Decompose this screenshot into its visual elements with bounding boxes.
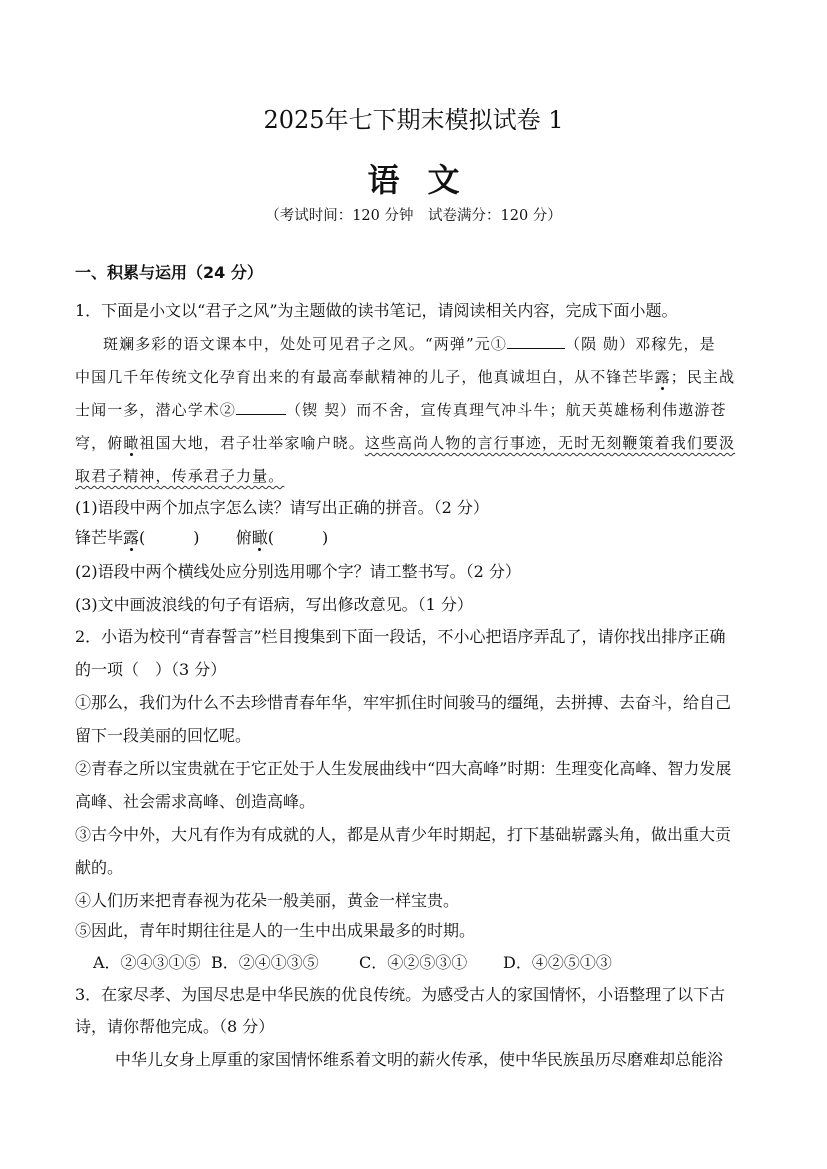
q2-sentence-1a: ①那么，我们为什么不去珍惜青春年华，牢牢抓住时间骏马的缰绳，去拼搏、去奋斗，给自… (75, 692, 731, 714)
q2-sentence-3a: ③古今中外，大凡有作为有成就的人，都是从青少年时期起，打下基础崭露头角，做出重大… (75, 824, 731, 846)
q2-sentence-2a: ②青春之所以宝贵就在于它正处于人生发展曲线中“四大高峰”时期：生理变化高峰、智力… (75, 758, 731, 780)
passage-text: 祖国大地，君子壮举家喻户晓。 (139, 434, 364, 452)
q3-stem-2: 诗，请你帮他完成。（8 分） (75, 1016, 274, 1038)
exam-title: 2025年七下期末模拟试卷 1 (0, 105, 827, 135)
pinyin-answer-blank[interactable]: ( ) (139, 528, 200, 547)
q2-sentence-1b: 留下一段美丽的回忆呢。 (75, 725, 251, 747)
fill-blank-1[interactable] (507, 333, 565, 349)
word-text: 俯 (236, 528, 252, 547)
word-text: 锋芒毕 (75, 528, 123, 547)
exam-meta: （考试时间：120 分钟 试卷满分：120 分） (0, 205, 827, 227)
q2-stem-2: 的一项（ ）（3 分） (75, 659, 226, 681)
passage-text: 穹，俯 (75, 434, 123, 452)
dotted-char: 露 (123, 528, 139, 547)
q1-sub1: (1)语段中两个加点字怎么读？请写出正确的拼音。（2 分） (75, 497, 489, 519)
option-c[interactable]: C．④②⑤③① (359, 952, 503, 974)
passage-text: （陨 勋）邓稼先，是 (565, 335, 716, 353)
q1-sub2: (2)语段中两个横线处应分别选用哪个字？请工整书写。（2 分） (75, 561, 521, 583)
passage-text: 中国几千年传统文化孕育出来的有最高奉献精神的儿子，他真诚坦白，从不锋芒毕 (75, 368, 655, 386)
option-b[interactable]: B．②④①③⑤ (211, 952, 359, 974)
wavy-underlined-sentence: 这些高尚人物的言行事迹，无时无刻鞭策着我们要汲 (365, 434, 735, 452)
q2-sentence-5: ⑤因此，青年时期往往是人的一生中出成果最多的时期。 (75, 920, 475, 942)
option-d[interactable]: D．④②⑤①③ (503, 952, 612, 974)
wavy-underlined-sentence: 取君子精神，传承君子力量。 (75, 467, 284, 485)
q1-passage-line-2: 中国几千年传统文化孕育出来的有最高奉献精神的儿子，他真诚坦白，从不锋芒毕露；民主… (75, 366, 735, 388)
q1-sub1-answer-row: 锋芒毕露( ) 俯瞰( ) (75, 527, 328, 549)
passage-text: 斑斓多彩的语文课本中，处处可见君子之风。“两弹”元① (103, 335, 507, 353)
q1-passage-line-5: 取君子精神，传承君子力量。 (75, 465, 284, 487)
q2-sentence-4: ④人们历来把青春视为花朵一般美丽，黄金一样宝贵。 (75, 890, 459, 912)
q2-sentence-3b: 献的。 (75, 857, 123, 879)
option-a[interactable]: A．②④③①⑤ (93, 952, 211, 974)
passage-text: （锲 契）而不舍，宣传真理气冲斗牛；航天英雄杨利伟遨游苍 (286, 401, 727, 419)
passage-text: 士闻一多，潜心学术② (75, 401, 236, 419)
subject-title: 语文 (0, 160, 827, 200)
passage-text: ；民主战 (671, 368, 735, 386)
dotted-char: 露 (655, 368, 671, 386)
q1-passage-line-4: 穹，俯瞰祖国大地，君子壮举家喻户晓。这些高尚人物的言行事迹，无时无刻鞭策着我们要… (75, 432, 735, 454)
section-heading-1: 一、积累与运用（24 分） (75, 262, 263, 284)
q2-options: A．②④③①⑤B．②④①③⑤C．④②⑤③①D．④②⑤①③ (93, 952, 612, 974)
q3-stem-1: 3．在家尽孝、为国尽忠是中华民族的优良传统。为感受古人的家国情怀，小语整理了以下… (75, 984, 725, 1006)
q1-sub3: (3)文中画波浪线的句子有语病，写出修改意见。（1 分） (75, 594, 473, 616)
dotted-char: 瞰 (123, 434, 139, 452)
pinyin-answer-blank[interactable]: ( ) (268, 528, 329, 547)
fill-blank-2[interactable] (236, 399, 286, 415)
q1-passage-line-1: 斑斓多彩的语文课本中，处处可见君子之风。“两弹”元①（陨 勋）邓稼先，是 (103, 333, 716, 355)
q1-stem: 1．下面是小文以“君子之风”为主题做的读书笔记，请阅读相关内容，完成下面小题。 (75, 300, 678, 322)
q3-passage-line-1: 中华儿女身上厚重的家国情怀维系着文明的薪火传承，使中华民族虽历尽磨难却总能浴 (115, 1049, 723, 1071)
q2-stem-1: 2．小语为校刊“青春誓言”栏目搜集到下面一段话，不小心把语序弄乱了，请你找出排序… (75, 626, 726, 648)
q1-passage-line-3: 士闻一多，潜心学术②（锲 契）而不舍，宣传真理气冲斗牛；航天英雄杨利伟遨游苍 (75, 399, 727, 421)
dotted-char: 瞰 (252, 528, 268, 547)
q2-sentence-2b: 高峰、社会需求高峰、创造高峰。 (75, 791, 315, 813)
